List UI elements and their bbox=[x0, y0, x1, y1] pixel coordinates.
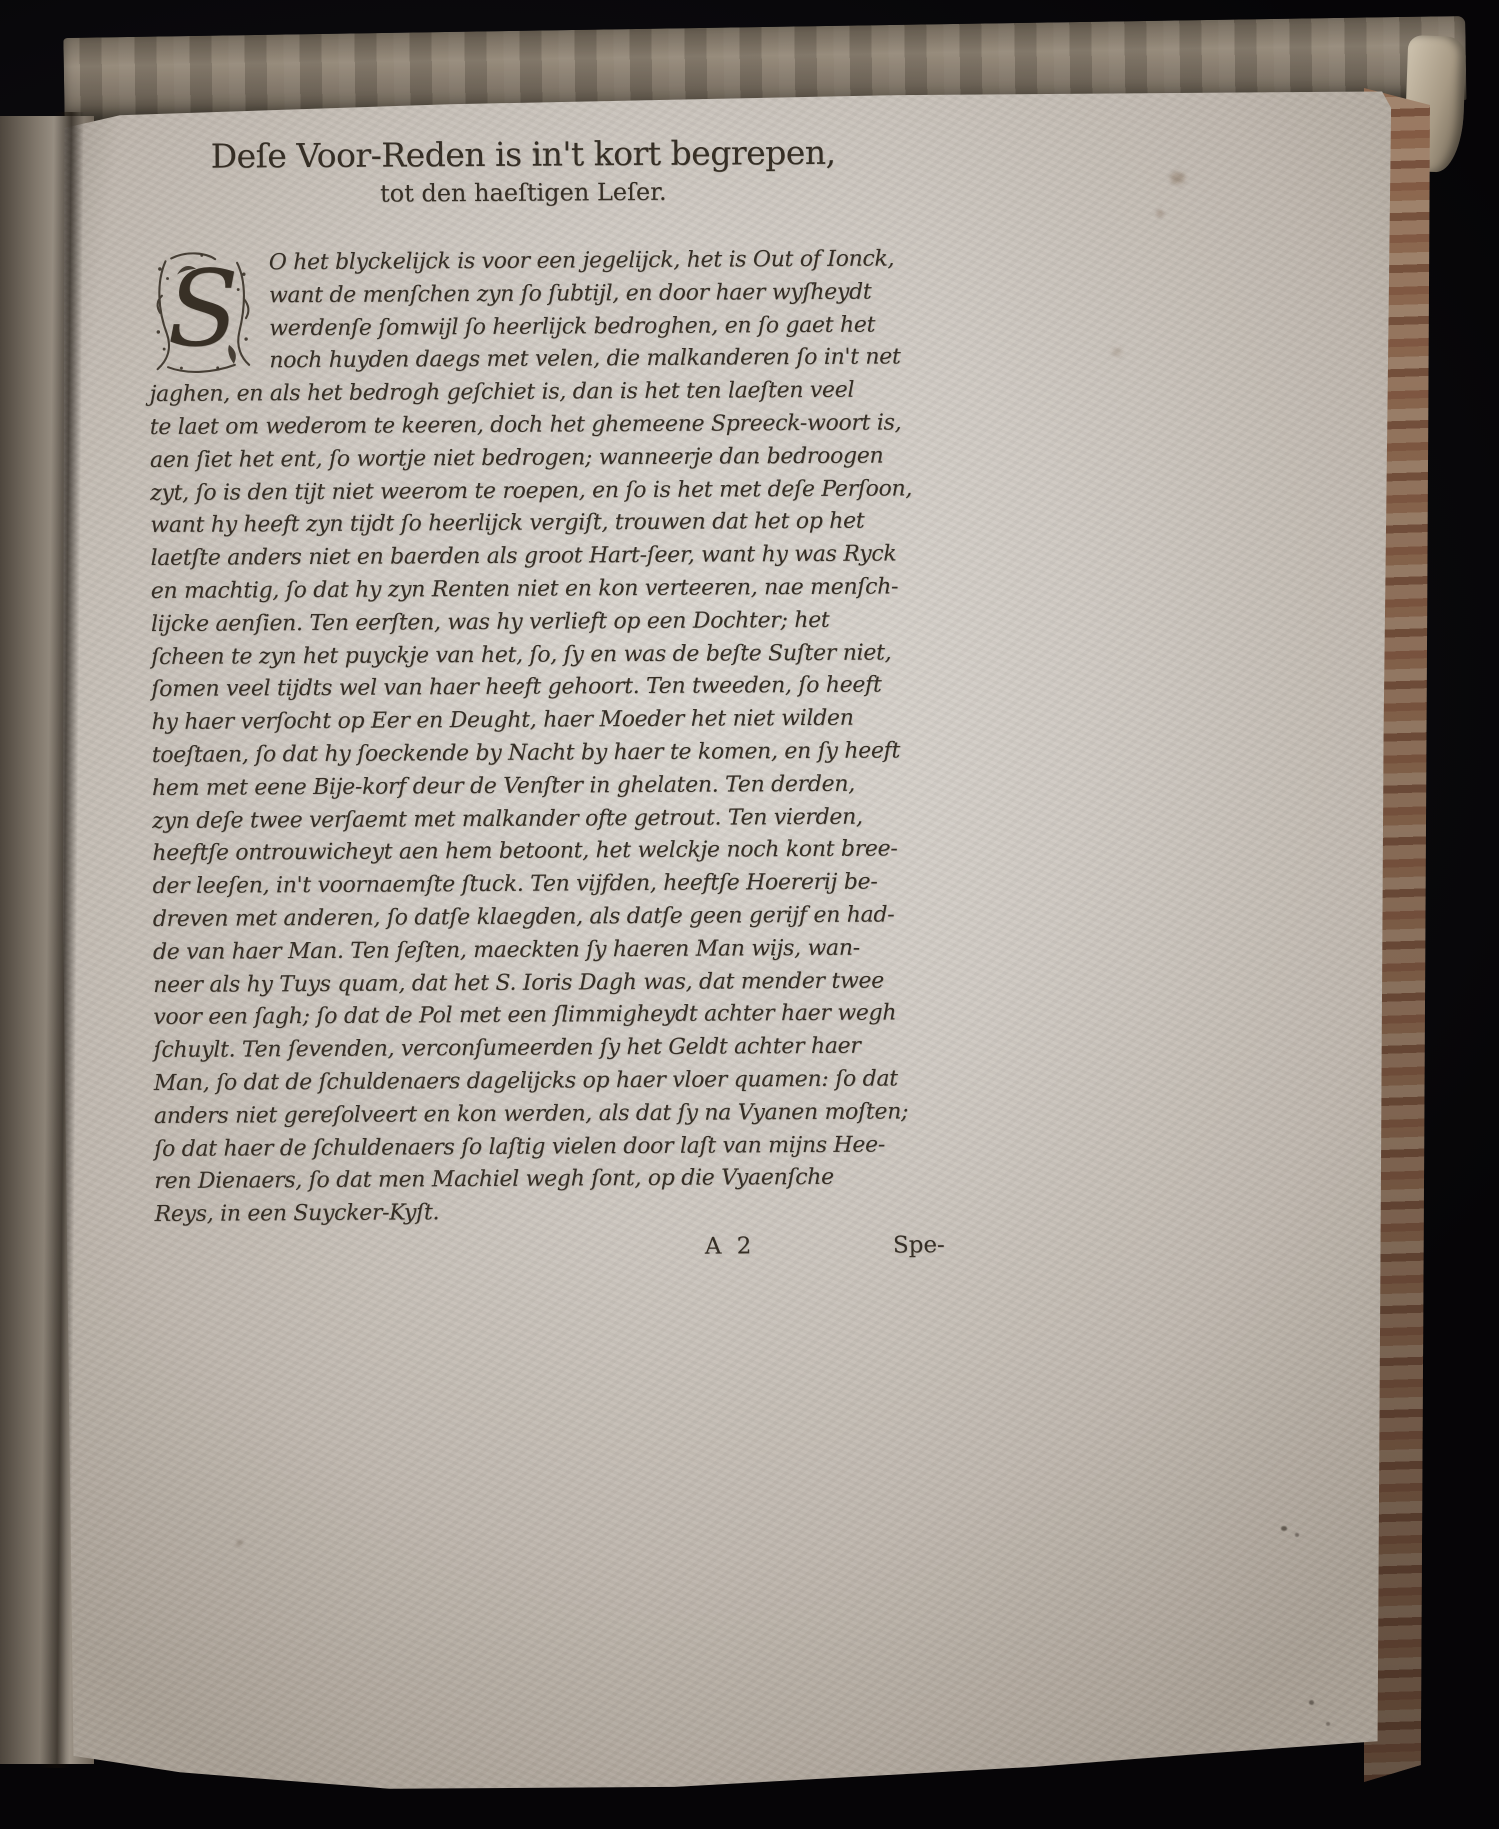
text-line: ſomen veel tijdts wel van haer heeft geh… bbox=[151, 670, 951, 708]
text-line: ren Dienaers, ſo dat men Machiel wegh ſo… bbox=[154, 1161, 954, 1199]
ink-speck bbox=[1309, 1700, 1314, 1705]
text-line: ſchuylt. Ten ſevenden, verconſumeerden ſ… bbox=[153, 1030, 953, 1068]
ink-speck bbox=[1281, 1526, 1287, 1531]
text-line: dreven met anderen, ſo datſe klaegden, a… bbox=[153, 899, 953, 937]
text-line: laetſte anders niet en baerden als groot… bbox=[150, 538, 950, 576]
drop-cap-letter: S bbox=[167, 249, 239, 370]
text-line: de van haer Man. Ten ſeſten, maeckten ſy… bbox=[153, 932, 953, 970]
foxing-spot bbox=[1156, 210, 1164, 217]
text-line: der leeſen, in't voornaemſte ſtuck. Ten … bbox=[152, 866, 952, 904]
text-line: aen ſiet het ent, ſo wortje niet bedroge… bbox=[150, 440, 950, 478]
body-text: S O het blyckelijck is voor een jegelijc… bbox=[149, 243, 955, 1232]
catchword: Spe- bbox=[893, 1232, 945, 1258]
ink-speck bbox=[1326, 1722, 1330, 1726]
text-line: hem met eene Bije-korf deur de Venſter i… bbox=[152, 768, 952, 806]
text-line: jaghen, en als het bedrogh geſchiet is, … bbox=[149, 374, 949, 412]
foxing-spot bbox=[236, 1540, 243, 1546]
signature-row: A 2 Spe- bbox=[155, 1232, 955, 1279]
text-line: want hy heeft zyn tijdt ſo heerlijck ver… bbox=[150, 506, 950, 544]
text-line: toeſtaen, ſo dat hy ſoeckende by Nacht b… bbox=[152, 735, 952, 773]
foxing-spot bbox=[1170, 172, 1185, 184]
text-line: zyn deſe twee verſaemt met malkander oft… bbox=[152, 801, 952, 839]
text-line: Reys, in een Suycker-Kyſt. bbox=[154, 1194, 954, 1232]
text-line: en machtig, ſo dat hy zyn Renten niet en… bbox=[151, 571, 951, 609]
text-line: werdenſe ſomwijl ſo heerlijck bedroghen,… bbox=[149, 309, 949, 347]
ink-speck bbox=[1295, 1533, 1299, 1537]
text-line: voor een ſagh; ſo dat de Pol met een ſli… bbox=[153, 997, 953, 1035]
page-heading: Deſe Voor-Reden is in't kort begrepen, bbox=[148, 131, 948, 177]
text-line: neer als hy Tuys quam, dat het S. Ioris … bbox=[153, 965, 953, 1003]
page-subheading: tot den haeſtigen Leſer. bbox=[148, 176, 948, 210]
text-line: want de menſchen zyn ſo ſubtijl, en door… bbox=[149, 276, 949, 314]
text-block: Deſe Voor-Reden is in't kort begrepen, t… bbox=[148, 131, 955, 1279]
text-line: heeftſe ontrouwicheyt aen hem betoont, h… bbox=[152, 833, 952, 871]
text-line: O het blyckelijck is voor een jegelijck,… bbox=[149, 243, 949, 281]
text-line: noch huyden daegs met velen, die malkand… bbox=[149, 342, 949, 380]
text-line: te laet om wederom te keeren, doch het g… bbox=[150, 407, 950, 445]
text-line: lijcke aenſien. Ten eerſten, was hy verl… bbox=[151, 604, 951, 642]
text-line: ſo dat haer de ſchuldenaers ſo laſtig vi… bbox=[154, 1129, 954, 1167]
text-line: Man, ſo dat de ſchuldenaers dagelijcks o… bbox=[154, 1063, 954, 1101]
decorated-initial: S bbox=[149, 249, 256, 374]
signature-mark: A 2 bbox=[705, 1233, 756, 1259]
text-line: anders niet gereſolveert en kon werden, … bbox=[154, 1096, 954, 1134]
text-line: zyt, ſo is den tijt niet weerom te roepe… bbox=[150, 473, 950, 511]
text-line: hy haer verſocht op Eer en Deught, haer … bbox=[151, 702, 951, 740]
body-lines: O het blyckelijck is voor een jegelijck,… bbox=[149, 243, 955, 1232]
foxing-spot bbox=[1112, 348, 1122, 356]
text-line: ſcheen te zyn het puyckje van het, ſo, ſ… bbox=[151, 637, 951, 675]
